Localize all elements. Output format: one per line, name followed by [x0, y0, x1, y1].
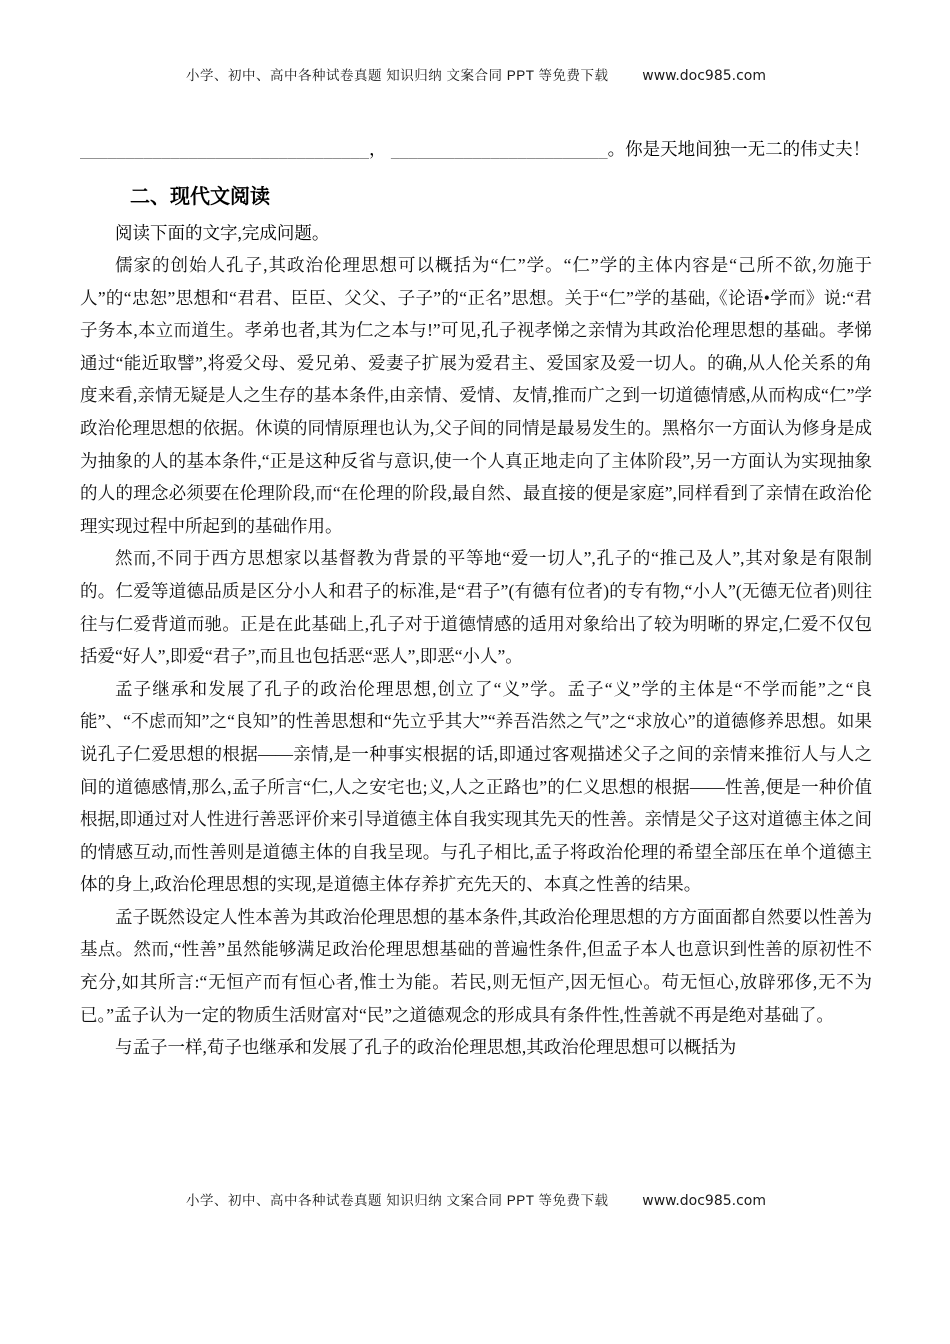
passage-paragraph-2: 然而,不同于西方思想家以基督教为背景的平等地“爱一切人”,孔子的“推己及人”,其…	[80, 542, 872, 672]
passage-paragraph-4: 孟子既然设定人性本善为其政治伦理思想的基本条件,其政治伦理思想的方方面面都自然要…	[80, 901, 872, 1031]
passage-paragraph-3: 孟子继承和发展了孔子的政治伦理思想,创立了“义”学。孟子“义”学的主体是“不学而…	[80, 673, 872, 901]
fill-line-tail-text: 。你是天地间独一无二的伟丈夫！	[608, 139, 871, 159]
passage-paragraph-5: 与孟子一样,荀子也继承和发展了孔子的政治伦理思想,其政治伦理思想可以概括为	[80, 1031, 872, 1064]
footer-site-url: www.doc985.com	[642, 1193, 766, 1209]
page-footer: 小学、初中、高中各种试卷真题 知识归纳 文案合同 PPT 等免费下载 www.d…	[80, 1189, 872, 1209]
header-promo-text: 小学、初中、高中各种试卷真题 知识归纳 文案合同 PPT 等免费下载	[186, 68, 609, 83]
header-site-url: www.doc985.com	[642, 68, 766, 84]
section-heading: 二、现代文阅读	[130, 180, 872, 209]
fill-in-blank-line: ________________________________， ______…	[80, 134, 872, 165]
blank-separator-comma: ，	[369, 139, 387, 159]
passage-paragraph-1: 儒家的创始人孔子,其政治伦理思想可以概括为“仁”学。“仁”学的主体内容是“己所不…	[80, 249, 872, 542]
footer-promo-text: 小学、初中、高中各种试卷真题 知识归纳 文案合同 PPT 等免费下载	[186, 1193, 609, 1208]
document-body: ________________________________， ______…	[80, 134, 872, 1064]
page-header: 小学、初中、高中各种试卷真题 知识归纳 文案合同 PPT 等免费下载 www.d…	[80, 64, 872, 84]
answer-blank-2: ________________________	[391, 141, 608, 159]
answer-blank-1: ________________________________	[80, 141, 369, 159]
reading-instruction: 阅读下面的文字,完成问题。	[80, 218, 872, 249]
document-page: 小学、初中、高中各种试卷真题 知识归纳 文案合同 PPT 等免费下载 www.d…	[0, 0, 950, 1344]
